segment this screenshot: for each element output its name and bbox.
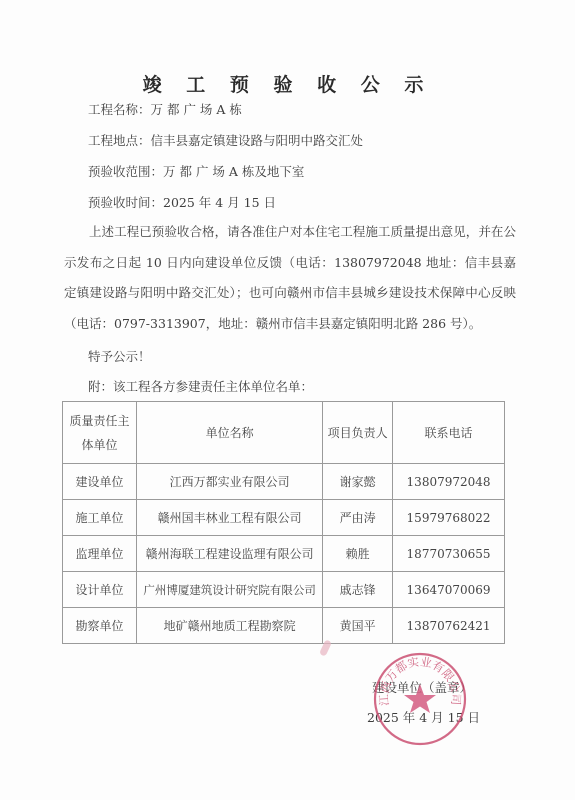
field-value: 万 都 广 场 A 栋 bbox=[151, 102, 242, 117]
cell-company: 地矿赣州地质工程勘察院 bbox=[136, 608, 322, 644]
field-value: 2025 年 4 月 15 日 bbox=[163, 195, 276, 210]
company-seal-icon: 江西万都实业有限公司 bbox=[372, 651, 468, 747]
cell-company: 赣州国丰林业工程有限公司 bbox=[136, 500, 322, 536]
field-label: 预验收时间： bbox=[88, 195, 163, 210]
field-label: 工程名称： bbox=[88, 102, 151, 117]
cell-person: 黄国平 bbox=[323, 608, 393, 644]
cell-role: 勘察单位 bbox=[63, 608, 137, 644]
table-row: 施工单位 赣州国丰林业工程有限公司 严由涛 15979768022 bbox=[63, 500, 505, 536]
cell-person: 严由涛 bbox=[323, 500, 393, 536]
inspection-date-field: 预验收时间：2025 年 4 月 15 日 bbox=[88, 193, 276, 211]
header-role: 质量责任主体单位 bbox=[63, 402, 137, 464]
responsible-units-table: 质量责任主体单位 单位名称 项目负责人 联系电话 建设单位 江西万都实业有限公司… bbox=[62, 401, 505, 644]
field-label: 工程地点： bbox=[88, 133, 151, 148]
cell-phone: 15979768022 bbox=[393, 500, 505, 536]
cell-phone: 13870762421 bbox=[393, 608, 505, 644]
cell-role: 建设单位 bbox=[63, 464, 137, 500]
body-paragraph: 上述工程已预验收合格，请各准住户对本住宅工程施工质量提出意见，并在公示发布之日起… bbox=[64, 217, 516, 339]
field-label: 预验收范围： bbox=[88, 164, 163, 179]
cell-role: 监理单位 bbox=[63, 536, 137, 572]
document-title: 竣 工 预 验 收 公 示 bbox=[0, 70, 575, 97]
header-company: 单位名称 bbox=[136, 402, 322, 464]
table-header-row: 质量责任主体单位 单位名称 项目负责人 联系电话 bbox=[63, 402, 505, 464]
inspection-scope-field: 预验收范围：万 都 广 场 A 栋及地下室 bbox=[88, 162, 304, 180]
cell-person: 谢家懿 bbox=[323, 464, 393, 500]
project-location-field: 工程地点：信丰县嘉定镇建设路与阳明中路交汇处 bbox=[88, 131, 363, 149]
closing-statement: 特予公示！ bbox=[88, 347, 151, 365]
cell-phone: 13807972048 bbox=[393, 464, 505, 500]
table-row: 监理单位 赣州海联工程建设监理有限公司 赖胜 18770730655 bbox=[63, 536, 505, 572]
field-value: 万 都 广 场 A 栋及地下室 bbox=[163, 164, 304, 179]
cell-role: 设计单位 bbox=[63, 572, 137, 608]
cell-role: 施工单位 bbox=[63, 500, 137, 536]
notice-page: 竣 工 预 验 收 公 示 工程名称：万 都 广 场 A 栋 工程地点：信丰县嘉… bbox=[0, 0, 575, 800]
cell-phone: 13647070069 bbox=[393, 572, 505, 608]
header-person: 项目负责人 bbox=[323, 402, 393, 464]
cell-company: 广州博厦建筑设计研究院有限公司 bbox=[136, 572, 322, 608]
table-row: 建设单位 江西万都实业有限公司 谢家懿 13807972048 bbox=[63, 464, 505, 500]
signature-date: 2025 年 4 月 15 日 bbox=[367, 708, 480, 726]
project-name-field: 工程名称：万 都 广 场 A 栋 bbox=[88, 100, 242, 118]
attachment-intro: 附：该工程各方参建责任主体单位名单： bbox=[88, 377, 313, 395]
header-phone: 联系电话 bbox=[393, 402, 505, 464]
cell-company: 江西万都实业有限公司 bbox=[136, 464, 322, 500]
table-row: 设计单位 广州博厦建筑设计研究院有限公司 戚志锋 13647070069 bbox=[63, 572, 505, 608]
cell-phone: 18770730655 bbox=[393, 536, 505, 572]
cell-person: 赖胜 bbox=[323, 536, 393, 572]
signature-role: 建设单位（盖章） bbox=[372, 678, 472, 696]
cell-person: 戚志锋 bbox=[323, 572, 393, 608]
cell-company: 赣州海联工程建设监理有限公司 bbox=[136, 536, 322, 572]
field-value: 信丰县嘉定镇建设路与阳明中路交汇处 bbox=[151, 133, 364, 148]
table-row: 勘察单位 地矿赣州地质工程勘察院 黄国平 13870762421 bbox=[63, 608, 505, 644]
